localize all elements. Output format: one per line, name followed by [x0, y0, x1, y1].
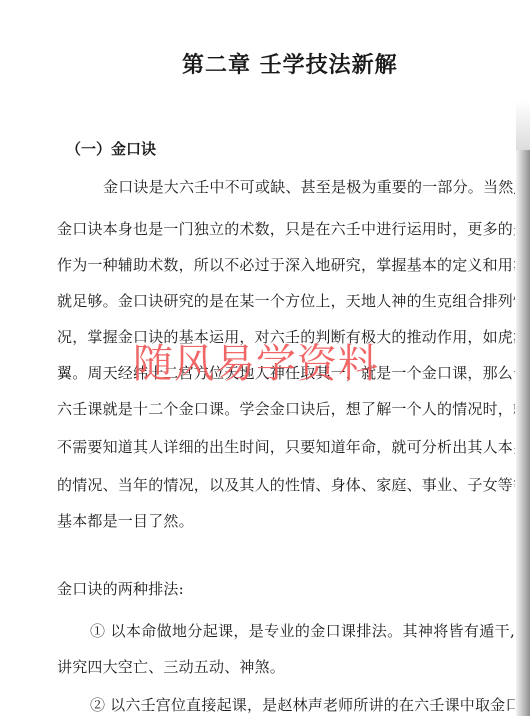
page-edge-shadow	[516, 100, 530, 150]
page-edge-shadow	[516, 150, 530, 716]
paragraph-line: 作为一种辅助术数，所以不必过于深入地研究，掌握基本的定义和用法	[57, 254, 515, 275]
method-2-line: ② 以六壬宫位直接起课，是赵林声老师所讲的在六壬课中取金口	[90, 694, 515, 715]
paragraph-line: 金口诀是大六壬中不可或缺、甚至是极为重要的一部分。当然,	[103, 176, 515, 197]
paragraph-line: 不需要知道其人详细的出生时间，只要知道年命，就可分析出其人本身	[57, 436, 515, 457]
methods-intro: 金口诀的两种排法:	[57, 578, 184, 599]
paragraph-line: 基本都是一目了然。	[57, 510, 194, 531]
paragraph-line: 六壬课就是十二个金口课。学会金口诀后，想了解一个人的情况时，就	[57, 398, 515, 419]
paragraph-line: 就足够。金口诀研究的是在某一个方位上，天地人神的生克组合排列情	[57, 290, 515, 311]
paragraph-line: 的情况、当年的情况，以及其人的性情、身体、家庭、事业、子女等等,	[57, 474, 515, 495]
method-1-line: ① 以本命做地分起课，是专业的金口课排法。其神将皆有遁干,	[90, 620, 515, 641]
chapter-title: 第二章 壬学技法新解	[182, 48, 398, 79]
paragraph-line: 金口诀本身也是一门独立的术数，只是在六壬中进行运用时，更多的是	[57, 218, 515, 239]
section-title: （一）金口诀	[66, 138, 156, 159]
method-1-line: 讲究四大空亡、三动五动、神煞。	[57, 656, 285, 677]
watermark: 随风易学资料	[133, 332, 379, 389]
document-page: 第二章 壬学技法新解 （一）金口诀 金口诀是大六壬中不可或缺、甚至是极为重要的一…	[0, 0, 530, 716]
